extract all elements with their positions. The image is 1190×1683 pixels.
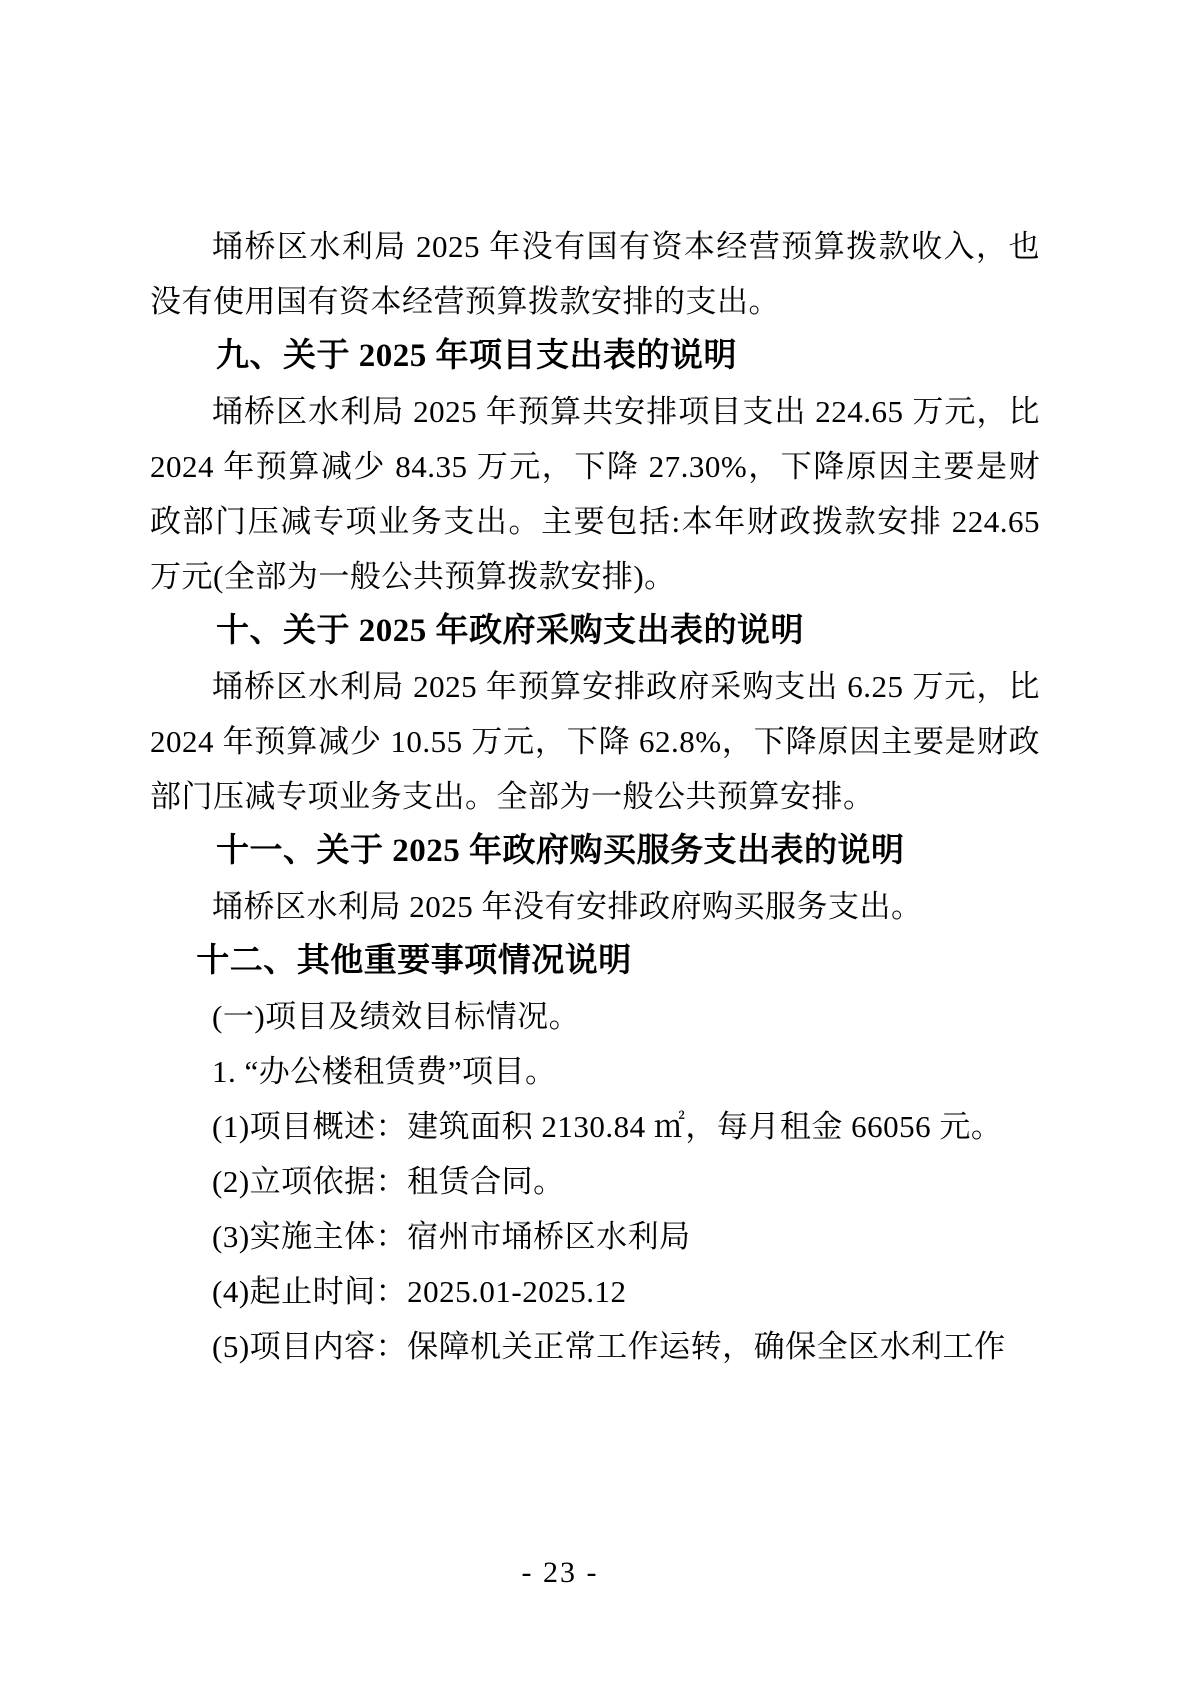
para-project-content: (5)项目内容：保障机关正常工作运转，确保全区水利工作: [150, 1319, 1040, 1374]
heading-section-10: 十、关于 2025 年政府采购支出表的说明: [150, 604, 1040, 659]
document-page: 埇桥区水利局 2025 年没有国有资本经营预算拨款收入，也没有使用国有资本经营预…: [0, 0, 1190, 1683]
para-project-implementer: (3)实施主体：宿州市埇桥区水利局: [150, 1209, 1040, 1264]
para-gov-procurement: 埇桥区水利局 2025 年预算安排政府采购支出 6.25 万元，比 2024 年…: [150, 659, 1040, 824]
heading-section-9: 九、关于 2025 年项目支出表的说明: [150, 329, 1040, 384]
para-project-expenditure: 埇桥区水利局 2025 年预算共安排项目支出 224.65 万元，比 2024 …: [150, 384, 1040, 604]
para-state-capital-budget: 埇桥区水利局 2025 年没有国有资本经营预算拨款收入，也没有使用国有资本经营预…: [150, 219, 1040, 329]
page-number: - 23 -: [0, 1553, 1120, 1593]
heading-section-12: 十二、其他重要事项情况说明: [150, 934, 1040, 989]
para-project-1-title: 1. “办公楼租赁费”项目。: [150, 1044, 1040, 1099]
document-body: 埇桥区水利局 2025 年没有国有资本经营预算拨款收入，也没有使用国有资本经营预…: [150, 219, 1040, 1374]
para-performance-goals-intro: (一)项目及绩效目标情况。: [150, 989, 1040, 1044]
heading-section-11: 十一、关于 2025 年政府购买服务支出表的说明: [150, 824, 1040, 879]
para-project-basis: (2)立项依据：租赁合同。: [150, 1154, 1040, 1209]
para-project-duration: (4)起止时间：2025.01-2025.12: [150, 1264, 1040, 1319]
para-project-overview: (1)项目概述：建筑面积 2130.84 ㎡，每月租金 66056 元。: [150, 1099, 1040, 1154]
para-gov-purchase-services: 埇桥区水利局 2025 年没有安排政府购买服务支出。: [150, 879, 1040, 934]
